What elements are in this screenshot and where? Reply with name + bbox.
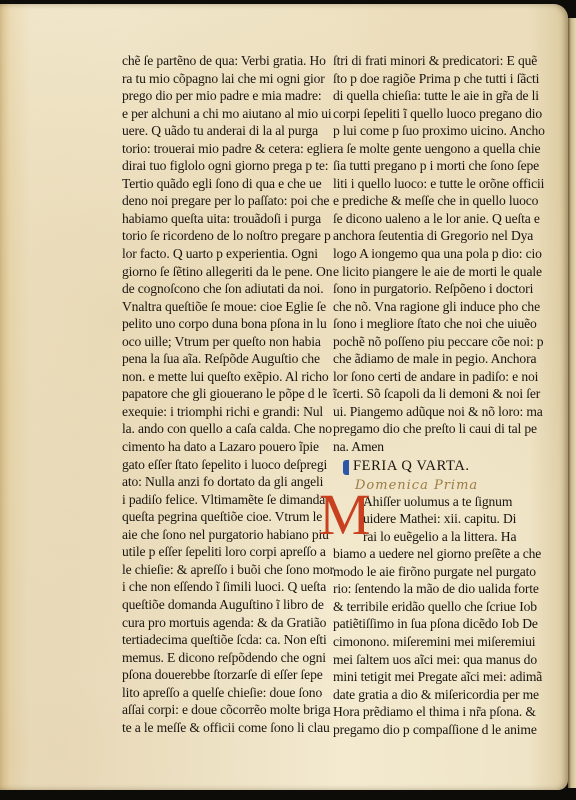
- text-line: patiẽtiſſimo in ſua pſona dicẽdo Iob De: [333, 615, 527, 633]
- text-line: corpi ſepeliti ĩ quello luoco pregano di…: [333, 105, 527, 123]
- text-line: papatore che gli giouerano le põpe d le: [122, 385, 318, 403]
- text-line: utile p eſſer ſepeliti loro corpi apreſſ…: [122, 543, 318, 561]
- text-line: rai lo euẽgelio a la littera. Ha: [363, 528, 527, 546]
- text-line: deno noi pregare per lo paſſato: poi che: [122, 192, 318, 210]
- text-line: mini tetigit mei Pregate aĩci mei: adimã: [333, 668, 527, 686]
- text-line: & terribile eridão quello che ſcriue Iob: [333, 598, 527, 616]
- blue-paragraph-mark-icon: [343, 460, 349, 475]
- text-line: cura pro mortuis agenda: & da Gratião: [122, 614, 318, 632]
- text-line: non. e mette lui queſto exẽpio. Al richo: [122, 368, 318, 386]
- text-line: che nõ. Vna ragione gli induce pho che: [333, 298, 527, 316]
- text-line: gato eſſer ſtato ſepelito i luoco deſpre…: [122, 456, 318, 474]
- text-line: queſtiõe domanda Auguſtino ĩ libro de: [122, 596, 318, 614]
- text-line: e per alchuni a chi mo aiutano al mio ui: [122, 105, 318, 123]
- section-heading-row: FERIA Q VARTA.: [333, 458, 527, 477]
- text-line: ſtri di frati minori & predicatori: E qu…: [333, 52, 527, 70]
- text-line: mei ſaltem uos aĩci mei: qua manus do: [333, 651, 527, 669]
- right-text-column: ſtri di frati minori & predicatori: E qu…: [333, 52, 527, 738]
- text-line: che ãdiamo de male in pegio. Anchora: [333, 350, 527, 368]
- text-line: ſto p doe ragiõe Prima p che tutti i ſãc…: [333, 70, 527, 88]
- text-line: cimonono. miſeremini mei miſeremiui: [333, 633, 527, 651]
- text-line: anchora ſeutentia di Gregorio nel Dya: [333, 227, 527, 245]
- right-column-text-before-heading: ſtri di frati minori & predicatori: E qu…: [333, 52, 527, 456]
- text-line: pelito uno corpo duna bona pſona in lu: [122, 315, 318, 333]
- text-line: torio ſe ricordeno de lo noſtro pregare …: [122, 227, 318, 245]
- text-line: e prediche & meſſe che in quello luoco: [333, 192, 527, 210]
- text-line: oco uille; Vtrum per queſto non habia: [122, 333, 318, 351]
- right-column-text-after-heading: biamo a uedere nel giorno preſẽte a chem…: [333, 545, 527, 738]
- text-line: i che non eſſendo ĩ ſimili luoci. Q ueſt…: [122, 578, 318, 596]
- text-line: Hora prẽdiamo el thima i nr̃a pſona. &: [333, 703, 527, 721]
- text-line: lito apreſſo a quelſe chieſie: doue ſono: [122, 684, 318, 702]
- text-line: habiamo queſta uita: trouãdoſi i purga: [122, 210, 318, 228]
- text-line: ſe dicono ualeno a le lor anie. Q ueſta …: [333, 210, 527, 228]
- text-line: ſia tutti pregano p i morti che ſono ſep…: [333, 157, 527, 175]
- text-line: aſſai corpi: e doue cõcorrẽo molte briga: [122, 701, 318, 719]
- text-line: biamo a uedere nel giorno preſẽte a che: [333, 545, 527, 563]
- text-line: Ahiſſer uolumus a te ſignum: [363, 493, 527, 511]
- text-line: giorno ſe ſẽtino allegeriti da le pene. …: [122, 263, 318, 281]
- text-line: dirai tuo figlolo ogni giorno prega p te…: [122, 157, 318, 175]
- text-line: Tertio quãdo egli ſono di qua e che ue: [122, 175, 318, 193]
- text-line: uere. Q uãdo tu anderai di la al purga: [122, 122, 318, 140]
- handwritten-annotation: Domenica Prima: [355, 477, 527, 493]
- text-line: na. Amen: [333, 438, 527, 456]
- text-line: e licito piangere le aie de morti le qua…: [333, 263, 527, 281]
- text-line: pregamo dio che preſto li caui di tal pe: [333, 420, 527, 438]
- text-line: cimento ha dato a Lazaro pouero ĩpie: [122, 438, 318, 456]
- text-line: queſta pegrina queſtiõe cioe. Vtrum le: [122, 508, 318, 526]
- text-line: ĩcerti. Sõ ſcapoli da li demoni & noi ſe…: [333, 385, 527, 403]
- text-line: de cognoſcono che ſon adiutati da noi.: [122, 280, 318, 298]
- text-line: ſono i megliore ſtato che noi che uiuẽo: [333, 315, 527, 333]
- text-line: la. ando con quello a caſa calda. Che no: [122, 420, 318, 438]
- text-line: di quella chieſia: tutte le aie in gr̃a …: [333, 87, 527, 105]
- left-text-column: chẽ ſe partẽno de qua: Verbi gratia. Hor…: [122, 52, 318, 736]
- text-line: uidere Mathei: xii. capitu. Di: [363, 510, 527, 528]
- text-line: aie che ſono nel purgatorio habiano piu: [122, 526, 318, 544]
- text-line: ato: Nulla anzi fo dortato da gli angeli: [122, 473, 318, 491]
- facing-page-edge: [568, 18, 576, 788]
- text-line: ra tu mio cõpagno lai che mi ogni gior: [122, 70, 318, 88]
- text-line: torio: trouerai mio padre & cetera: egli…: [122, 140, 318, 158]
- text-line: te a le meſſe & officii come ſono li cla…: [122, 719, 318, 737]
- text-line: rio: ſentendo la mão de dio ualida forte: [333, 580, 527, 598]
- text-line: modo le aie firõno purgate nel purgato: [333, 563, 527, 581]
- text-line: le chieſie: & apreſſo i buõi che ſono mo…: [122, 561, 318, 579]
- text-line: date gratia a dio & miſericordia per me: [333, 686, 527, 704]
- text-line: ſono in purgatorio. Reſpõeno i doctori: [333, 280, 527, 298]
- text-line: tertiadecima queſtiõe ſcda: ca. Non eſti: [122, 631, 318, 649]
- text-line: pregamo dio p compaſſione d le anime: [333, 721, 527, 739]
- text-line: chẽ ſe partẽno de qua: Verbi gratia. Ho: [122, 52, 318, 70]
- text-line: memus. E dicono reſpõdendo che ogni: [122, 649, 318, 667]
- red-drop-initial: M: [319, 487, 370, 543]
- text-line: liti i quello luoco: e tutte le orõne of…: [333, 175, 527, 193]
- text-line: i padiſo felice. Vltimamẽte ſe dimanda: [122, 491, 318, 509]
- text-line: pſona douerebbe ſtorzarſe di eſſer ſepe: [122, 666, 318, 684]
- text-line: prego dio per mio padre e mia madre:: [122, 87, 318, 105]
- text-line: lor ſono certi de andare in padiſo: e no…: [333, 368, 527, 386]
- text-line: exequie: i triomphi richi e grandi: Nul: [122, 403, 318, 421]
- text-line: pochẽ nõ poſſeno piu peccare cõe noi: p: [333, 333, 527, 351]
- section-heading: FERIA Q VARTA.: [353, 458, 470, 476]
- text-line: Vnaltra queſtiõe ſe moue: cioe Eglie ſe: [122, 298, 318, 316]
- text-line: p lui come p ſuo proximo uicino. Ancho: [333, 122, 527, 140]
- text-line: ui. Piangemo adũque noi & nõ loro: ma: [333, 403, 527, 421]
- text-line: pena la ſua aĩa. Reſpõde Auguſtio che: [122, 350, 318, 368]
- text-line: ra ſe molte gente uengono a quella chie: [333, 140, 527, 158]
- text-line: lor facto. Q uarto p experientia. Ogni: [122, 245, 318, 263]
- text-line: logo A iongemo qua una pola p dio: cio: [333, 245, 527, 263]
- initial-paragraph: M Ahiſſer uolumus a te ſignumuidere Math…: [333, 493, 527, 546]
